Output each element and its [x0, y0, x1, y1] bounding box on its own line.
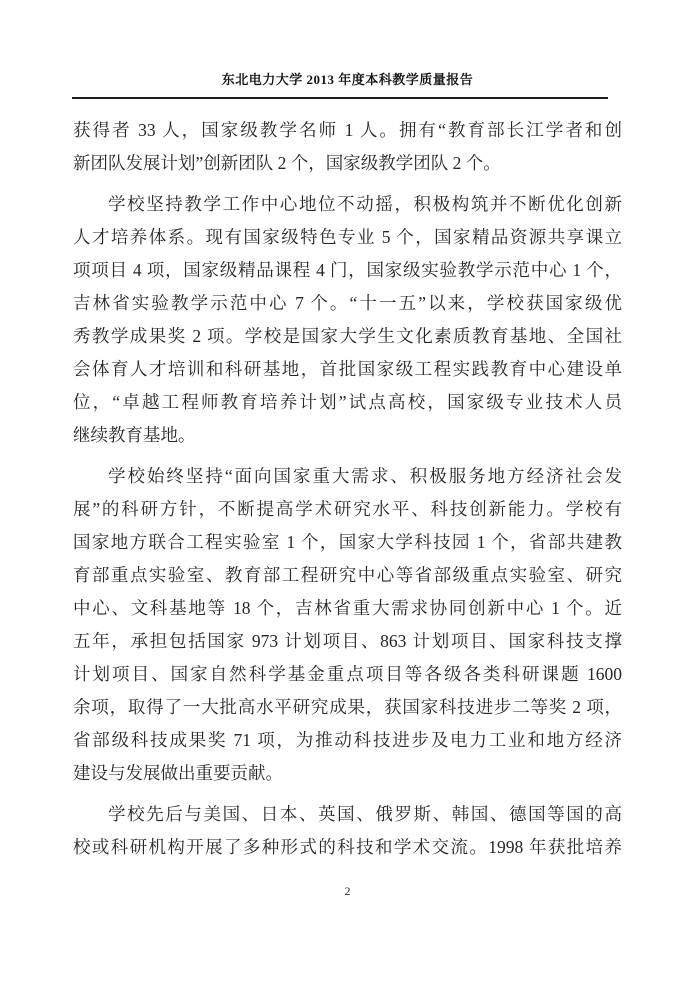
page-header-title: 东北电力大学 2013 年度本科教学质量报告 — [73, 72, 622, 88]
text-line: 省部级科技成果奖 71 项，为推动科技进步及电力工业和地方经济 — [73, 724, 622, 757]
document-page: 东北电力大学 2013 年度本科教学质量报告 获得者 33 人，国家级教学名师 … — [0, 0, 695, 984]
text-line: 秀教学成果奖 2 项。学校是国家大学生文化素质教育基地、全国社 — [73, 320, 622, 353]
text-line: 五年，承担包括国家 973 计划项目、863 计划项目、国家科技支撑 — [73, 625, 622, 658]
page-number: 2 — [0, 884, 695, 898]
text-line: 新团队发展计划”创新团队 2 个，国家级教学团队 2 个。 — [73, 147, 622, 180]
text-line: 人才培养体系。现有国家级特色专业 5 个，国家精品资源共享课立 — [73, 221, 622, 254]
text-line: 余项，取得了一大批高水平研究成果，获国家科技进步二等奖 2 项， — [73, 691, 622, 724]
document-body: 获得者 33 人，国家级教学名师 1 人。拥有“教育部长江学者和创新团队发展计划… — [73, 114, 622, 872]
text-line: 学校先后与美国、日本、英国、俄罗斯、韩国、德国等国的高 — [73, 798, 622, 831]
text-line: 位，“卓越工程师教育培养计划”试点高校，国家级专业技术人员 — [73, 386, 622, 419]
text-line: 继续教育基地。 — [73, 419, 622, 452]
paragraph: 学校先后与美国、日本、英国、俄罗斯、韩国、德国等国的高校或科研机构开展了多种形式… — [73, 798, 622, 864]
text-line: 会体育人才培训和科研基地，首批国家级工程实践教育中心建设单 — [73, 353, 622, 386]
text-line: 获得者 33 人，国家级教学名师 1 人。拥有“教育部长江学者和创 — [73, 114, 622, 147]
text-line: 计划项目、国家自然科学基金重点项目等各级各类科研课题 1600 — [73, 658, 622, 691]
paragraph: 学校始终坚持“面向国家重大需求、积极服务地方经济社会发展”的科研方针，不断提高学… — [73, 460, 622, 790]
paragraph: 学校坚持教学工作中心地位不动摇，积极构筑并不断优化创新人才培养体系。现有国家级特… — [73, 188, 622, 452]
text-line: 吉林省实验教学示范中心 7 个。“十一五”以来，学校获国家级优 — [73, 287, 622, 320]
text-line: 项项目 4 项，国家级精品课程 4 门，国家级实验教学示范中心 1 个， — [73, 254, 622, 287]
text-line: 育部重点实验室、教育部工程研究中心等省部级重点实验室、研究 — [73, 559, 622, 592]
text-line: 展”的科研方针，不断提高学术研究水平、科技创新能力。学校有 — [73, 493, 622, 526]
text-line: 国家地方联合工程实验室 1 个，国家大学科技园 1 个，省部共建教 — [73, 526, 622, 559]
text-line: 学校坚持教学工作中心地位不动摇，积极构筑并不断优化创新 — [73, 188, 622, 221]
header-rule — [72, 97, 608, 99]
text-line: 校或科研机构开展了多种形式的科技和学术交流。1998 年获批培养 — [73, 831, 622, 864]
text-line: 建设与发展做出重要贡献。 — [73, 757, 622, 790]
text-line: 中心、文科基地等 18 个，吉林省重大需求协同创新中心 1 个。近 — [73, 592, 622, 625]
paragraph: 获得者 33 人，国家级教学名师 1 人。拥有“教育部长江学者和创新团队发展计划… — [73, 114, 622, 180]
text-line: 学校始终坚持“面向国家重大需求、积极服务地方经济社会发 — [73, 460, 622, 493]
